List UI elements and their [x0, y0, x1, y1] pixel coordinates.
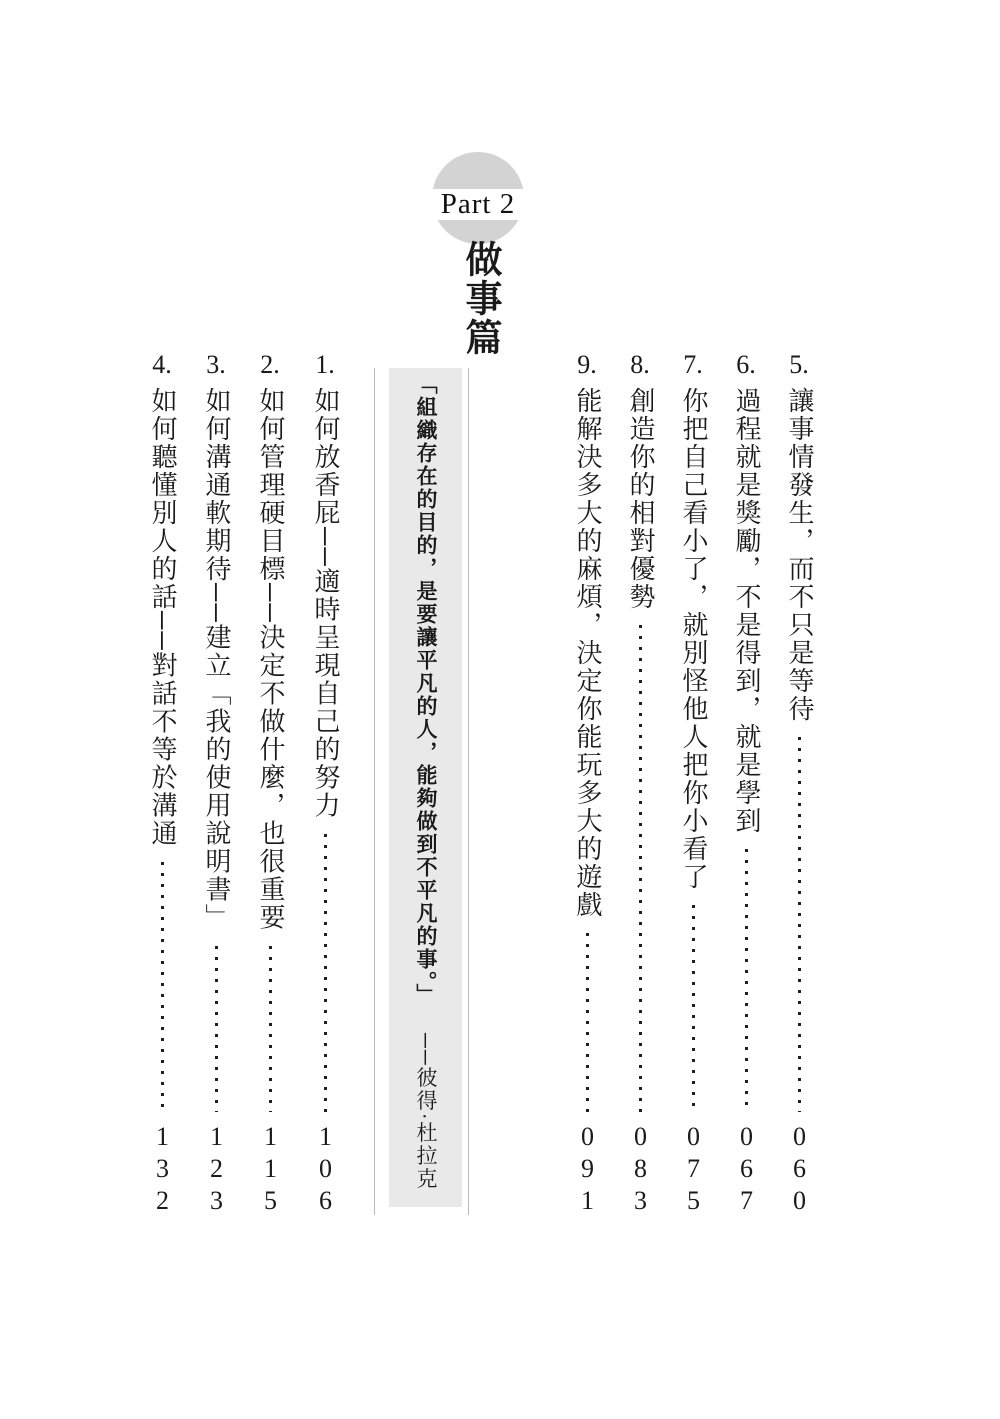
toc-entry: 6. 過程就是獎勵，不是得到，就是學到 067 [718, 352, 774, 1218]
toc-entry-number: 8. [630, 352, 650, 378]
toc-entry-page-number: 123 [203, 1122, 229, 1218]
toc-entry: 3. 如何溝通軟期待──建立「我的使用說明書」 123 [188, 352, 244, 1218]
book-toc-page: Part 2 做事篇 「組織存在的目的，是要讓平凡的人，能夠做到不平凡的事。」 … [0, 0, 1000, 1419]
quote-text: 「組織存在的目的，是要讓平凡的人，能夠做到不平凡的事。」 [415, 373, 436, 1007]
toc-entry-number: 5. [789, 352, 809, 378]
toc-entry-title: 你把自己看小了，就別怪他人把你小看了 [680, 387, 706, 891]
toc-entry-number: 9. [577, 352, 597, 378]
dotted-leader [215, 946, 218, 1112]
toc-entry: 9. 能解決多大的麻煩，決定你能玩多大的遊戲 091 [559, 352, 615, 1218]
quote-box: 「組織存在的目的，是要讓平凡的人，能夠做到不平凡的事。」 ──彼得·杜拉克 [389, 368, 462, 1207]
toc-entry: 7. 你把自己看小了，就別怪他人把你小看了 075 [665, 352, 721, 1218]
toc-entry-title: 如何管理硬目標──決定不做什麼，也很重要 [257, 387, 283, 932]
dotted-leader [586, 933, 589, 1112]
toc-entry-title: 如何溝通軟期待──建立「我的使用說明書」 [203, 387, 229, 932]
toc-entry: 1. 如何放香屁──適時呈現自己的努力 106 [297, 352, 353, 1218]
toc-entry-page-number: 083 [627, 1122, 653, 1218]
toc-entry-page-number: 106 [312, 1122, 338, 1218]
toc-entry-number: 7. [683, 352, 703, 378]
toc-entry-page-number: 067 [733, 1122, 759, 1218]
toc-entry: 4. 如何聽懂別人的話──對話不等於溝通 132 [134, 352, 190, 1218]
toc-entry: 5. 讓事情發生，而不只是等待 060 [771, 352, 827, 1218]
toc-entry-number: 4. [152, 352, 172, 378]
dotted-leader [639, 625, 642, 1112]
toc-entry-page-number: 132 [149, 1122, 175, 1218]
toc-entry-page-number: 060 [786, 1122, 812, 1218]
toc-entry-title: 過程就是獎勵，不是得到，就是學到 [733, 387, 759, 835]
part-label-band: Part 2 [420, 189, 536, 220]
dotted-leader [161, 862, 164, 1112]
toc-entry-number: 2. [260, 352, 280, 378]
quote-attribution: ──彼得·杜拉克 [415, 1033, 436, 1191]
dotted-leader [269, 946, 272, 1112]
part-label: Part 2 [441, 190, 515, 219]
toc-entry-title: 創造你的相對優勢 [627, 387, 653, 611]
toc-entry-page-number: 091 [574, 1122, 600, 1218]
toc-entry-page-number: 115 [257, 1122, 283, 1218]
toc-entry-page-number: 075 [680, 1122, 706, 1218]
toc-entry-title: 如何放香屁──適時呈現自己的努力 [312, 387, 338, 820]
dotted-leader [798, 737, 801, 1112]
dotted-leader [324, 834, 327, 1112]
toc-entry: 2. 如何管理硬目標──決定不做什麼，也很重要 115 [242, 352, 298, 1218]
toc-entry-title: 如何聽懂別人的話──對話不等於溝通 [149, 387, 175, 848]
toc-entry-title: 能解決多大的麻煩，決定你能玩多大的遊戲 [574, 387, 600, 919]
quote-rule-left [374, 368, 375, 1215]
toc-entry-title: 讓事情發生，而不只是等待 [786, 387, 812, 723]
quote-rule-right [468, 368, 469, 1215]
dotted-leader [745, 849, 748, 1112]
section-title: 做事篇 [446, 240, 498, 357]
toc-entry-number: 1. [315, 352, 335, 378]
toc-entry-number: 3. [206, 352, 226, 378]
toc-entry: 8. 創造你的相對優勢 083 [612, 352, 668, 1218]
dotted-leader [692, 905, 695, 1112]
toc-entry-number: 6. [736, 352, 756, 378]
